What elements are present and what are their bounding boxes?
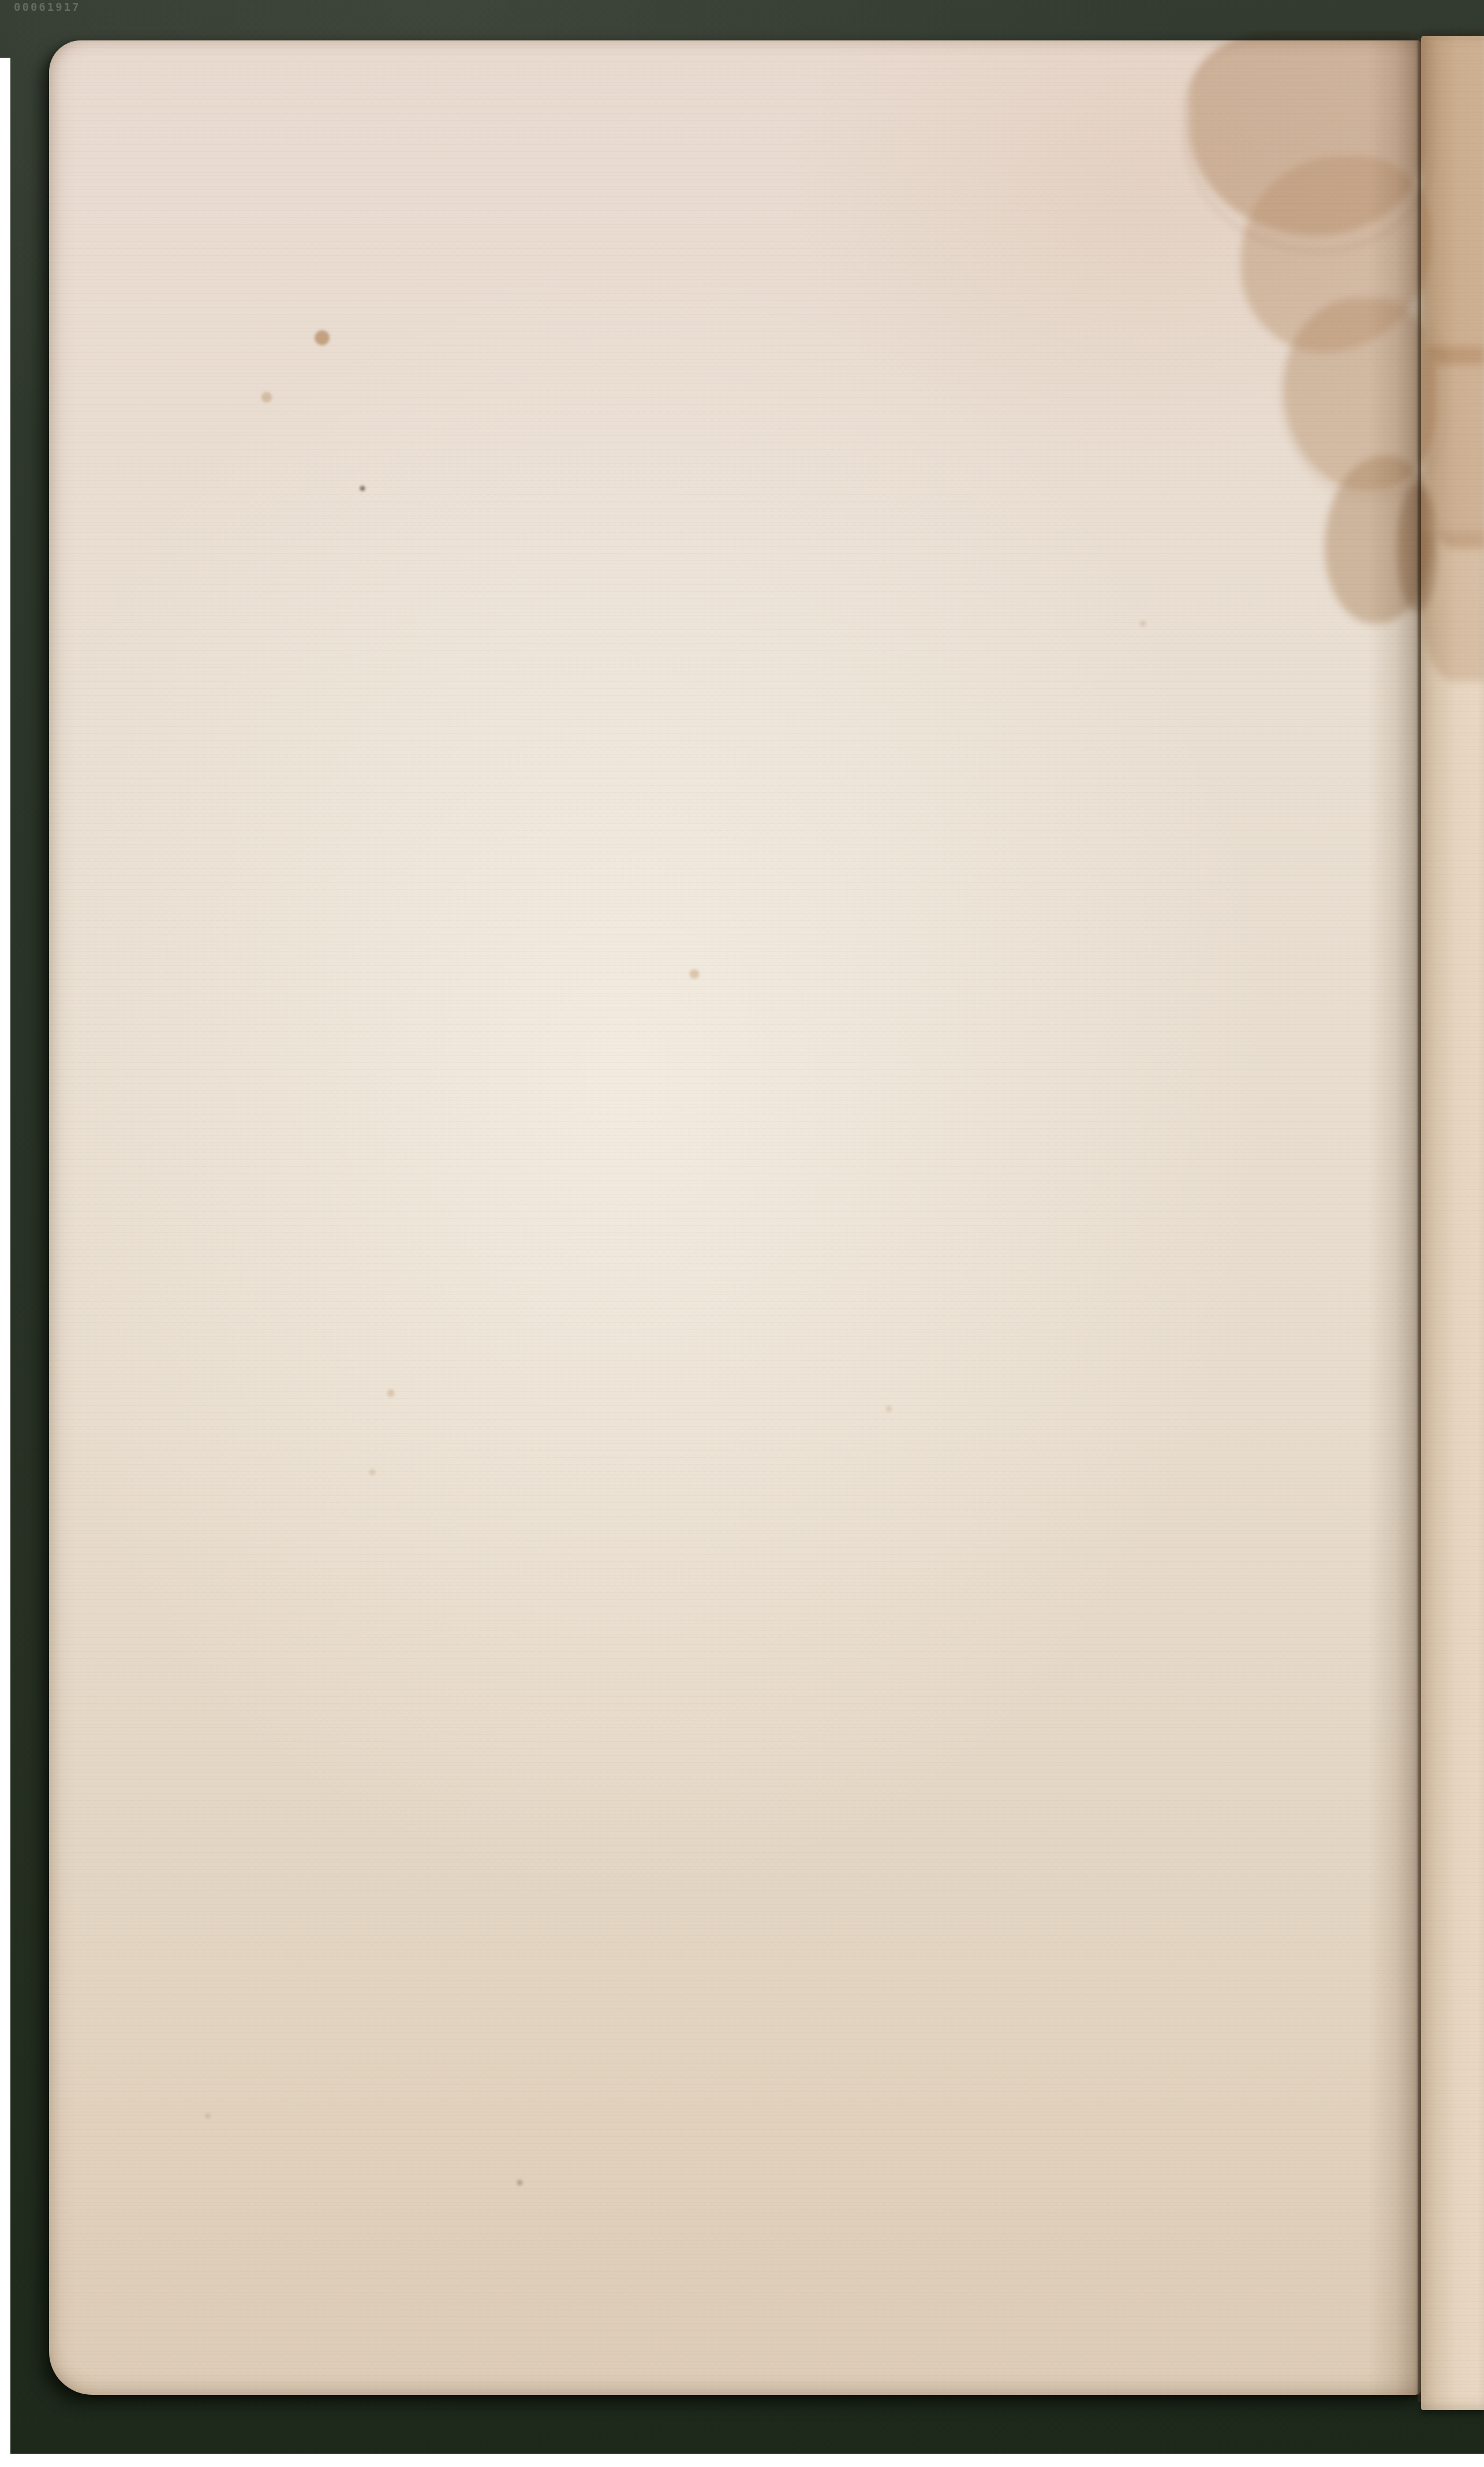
page-fold-shadow bbox=[1368, 40, 1421, 2395]
scan-margin-left bbox=[0, 58, 10, 2454]
scanned-book-page: 00061917 bbox=[0, 0, 1484, 2467]
blank-book-page bbox=[49, 40, 1421, 2395]
scan-id-stamp: 00061917 bbox=[14, 1, 81, 14]
adjacent-page-edge bbox=[1421, 36, 1484, 2410]
gutter-crease-line bbox=[1418, 38, 1421, 2402]
